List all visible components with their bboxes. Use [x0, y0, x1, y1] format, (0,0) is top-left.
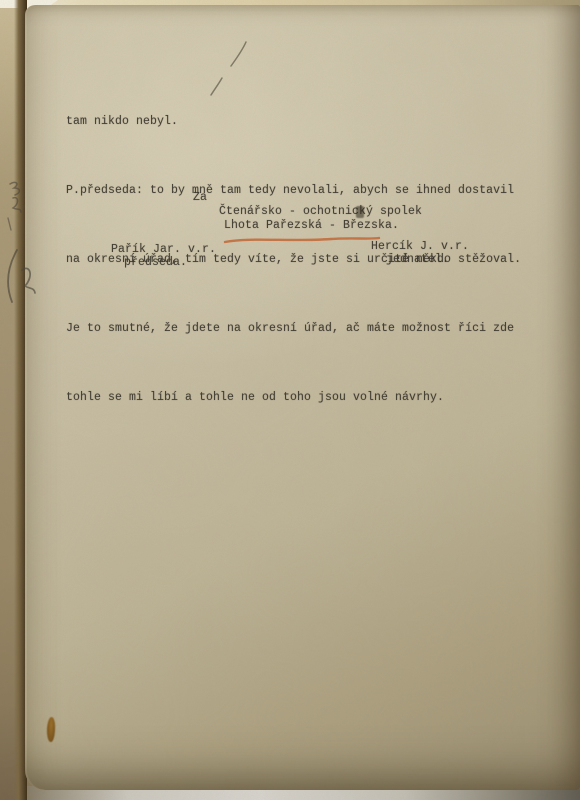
signature-right-name: Hercík J. v.r. — [371, 240, 469, 253]
overstruck-character-blot — [356, 206, 364, 218]
orange-underline-mark — [221, 233, 385, 247]
signature-left-name: Pařík Jar. v.r. — [111, 243, 216, 256]
pencil-margin-scribbles-icon — [0, 176, 40, 308]
typed-line-5: tohle se mi líbí a tohle ne od toho jsou… — [66, 386, 521, 409]
typed-line-2: P.předseda: to by mně tam tedy nevolali,… — [66, 179, 521, 202]
signature-right-role: jednatel. — [386, 253, 449, 266]
salutation-za: Za — [193, 186, 207, 209]
scanned-document-page: tam nikdo nebyl. P.předseda: to by mně t… — [0, 0, 580, 800]
signature-left-role: předseda. — [124, 256, 187, 269]
organization-name-line1: Čtenářsko - ochotnický spolek — [219, 205, 422, 219]
typed-line-4: Je to smutné, že jdete na okresní úřad, … — [66, 317, 521, 340]
typed-line-1: tam nikdo nebyl. — [66, 110, 521, 133]
pencil-slash-marks-icon — [200, 38, 260, 100]
organization-name-line2: Lhota Pařezská - Březska. — [224, 219, 399, 233]
